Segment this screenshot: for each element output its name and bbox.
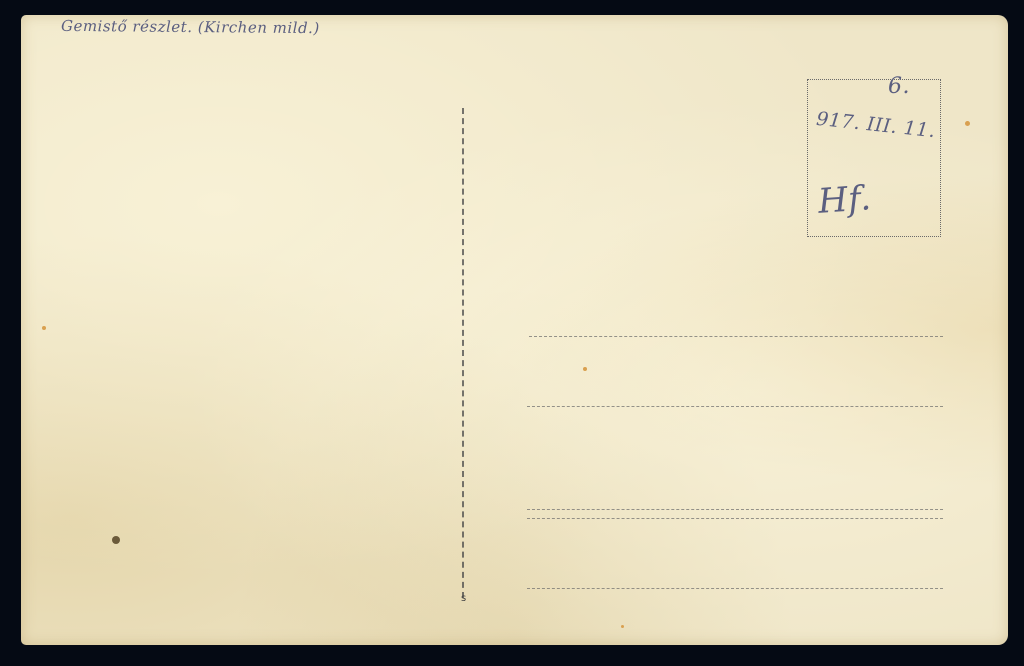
stamp-box-number: 6. bbox=[888, 74, 910, 99]
address-line bbox=[527, 518, 943, 519]
address-line bbox=[527, 406, 943, 407]
stain-spot bbox=[112, 536, 120, 544]
stamp-box-signature: Hf. bbox=[817, 178, 873, 222]
address-line bbox=[527, 588, 943, 589]
stain-spot bbox=[42, 326, 46, 330]
handwritten-caption: Gemistő részlet. (Kirchen mild.) bbox=[61, 17, 320, 37]
stamp-box-date: 917. III. 11. bbox=[815, 108, 936, 142]
stain-spot bbox=[965, 121, 970, 126]
vertical-divider-line bbox=[462, 108, 464, 598]
printer-mark: s bbox=[461, 593, 466, 604]
address-line bbox=[527, 509, 943, 510]
stain-spot bbox=[621, 625, 624, 628]
postcard-back: Gemistő részlet. (Kirchen mild.) s 6. 91… bbox=[21, 15, 1008, 645]
stain-spot bbox=[583, 367, 587, 371]
address-line bbox=[529, 336, 943, 337]
stamp-box: 6. 917. III. 11. Hf. bbox=[807, 79, 941, 237]
